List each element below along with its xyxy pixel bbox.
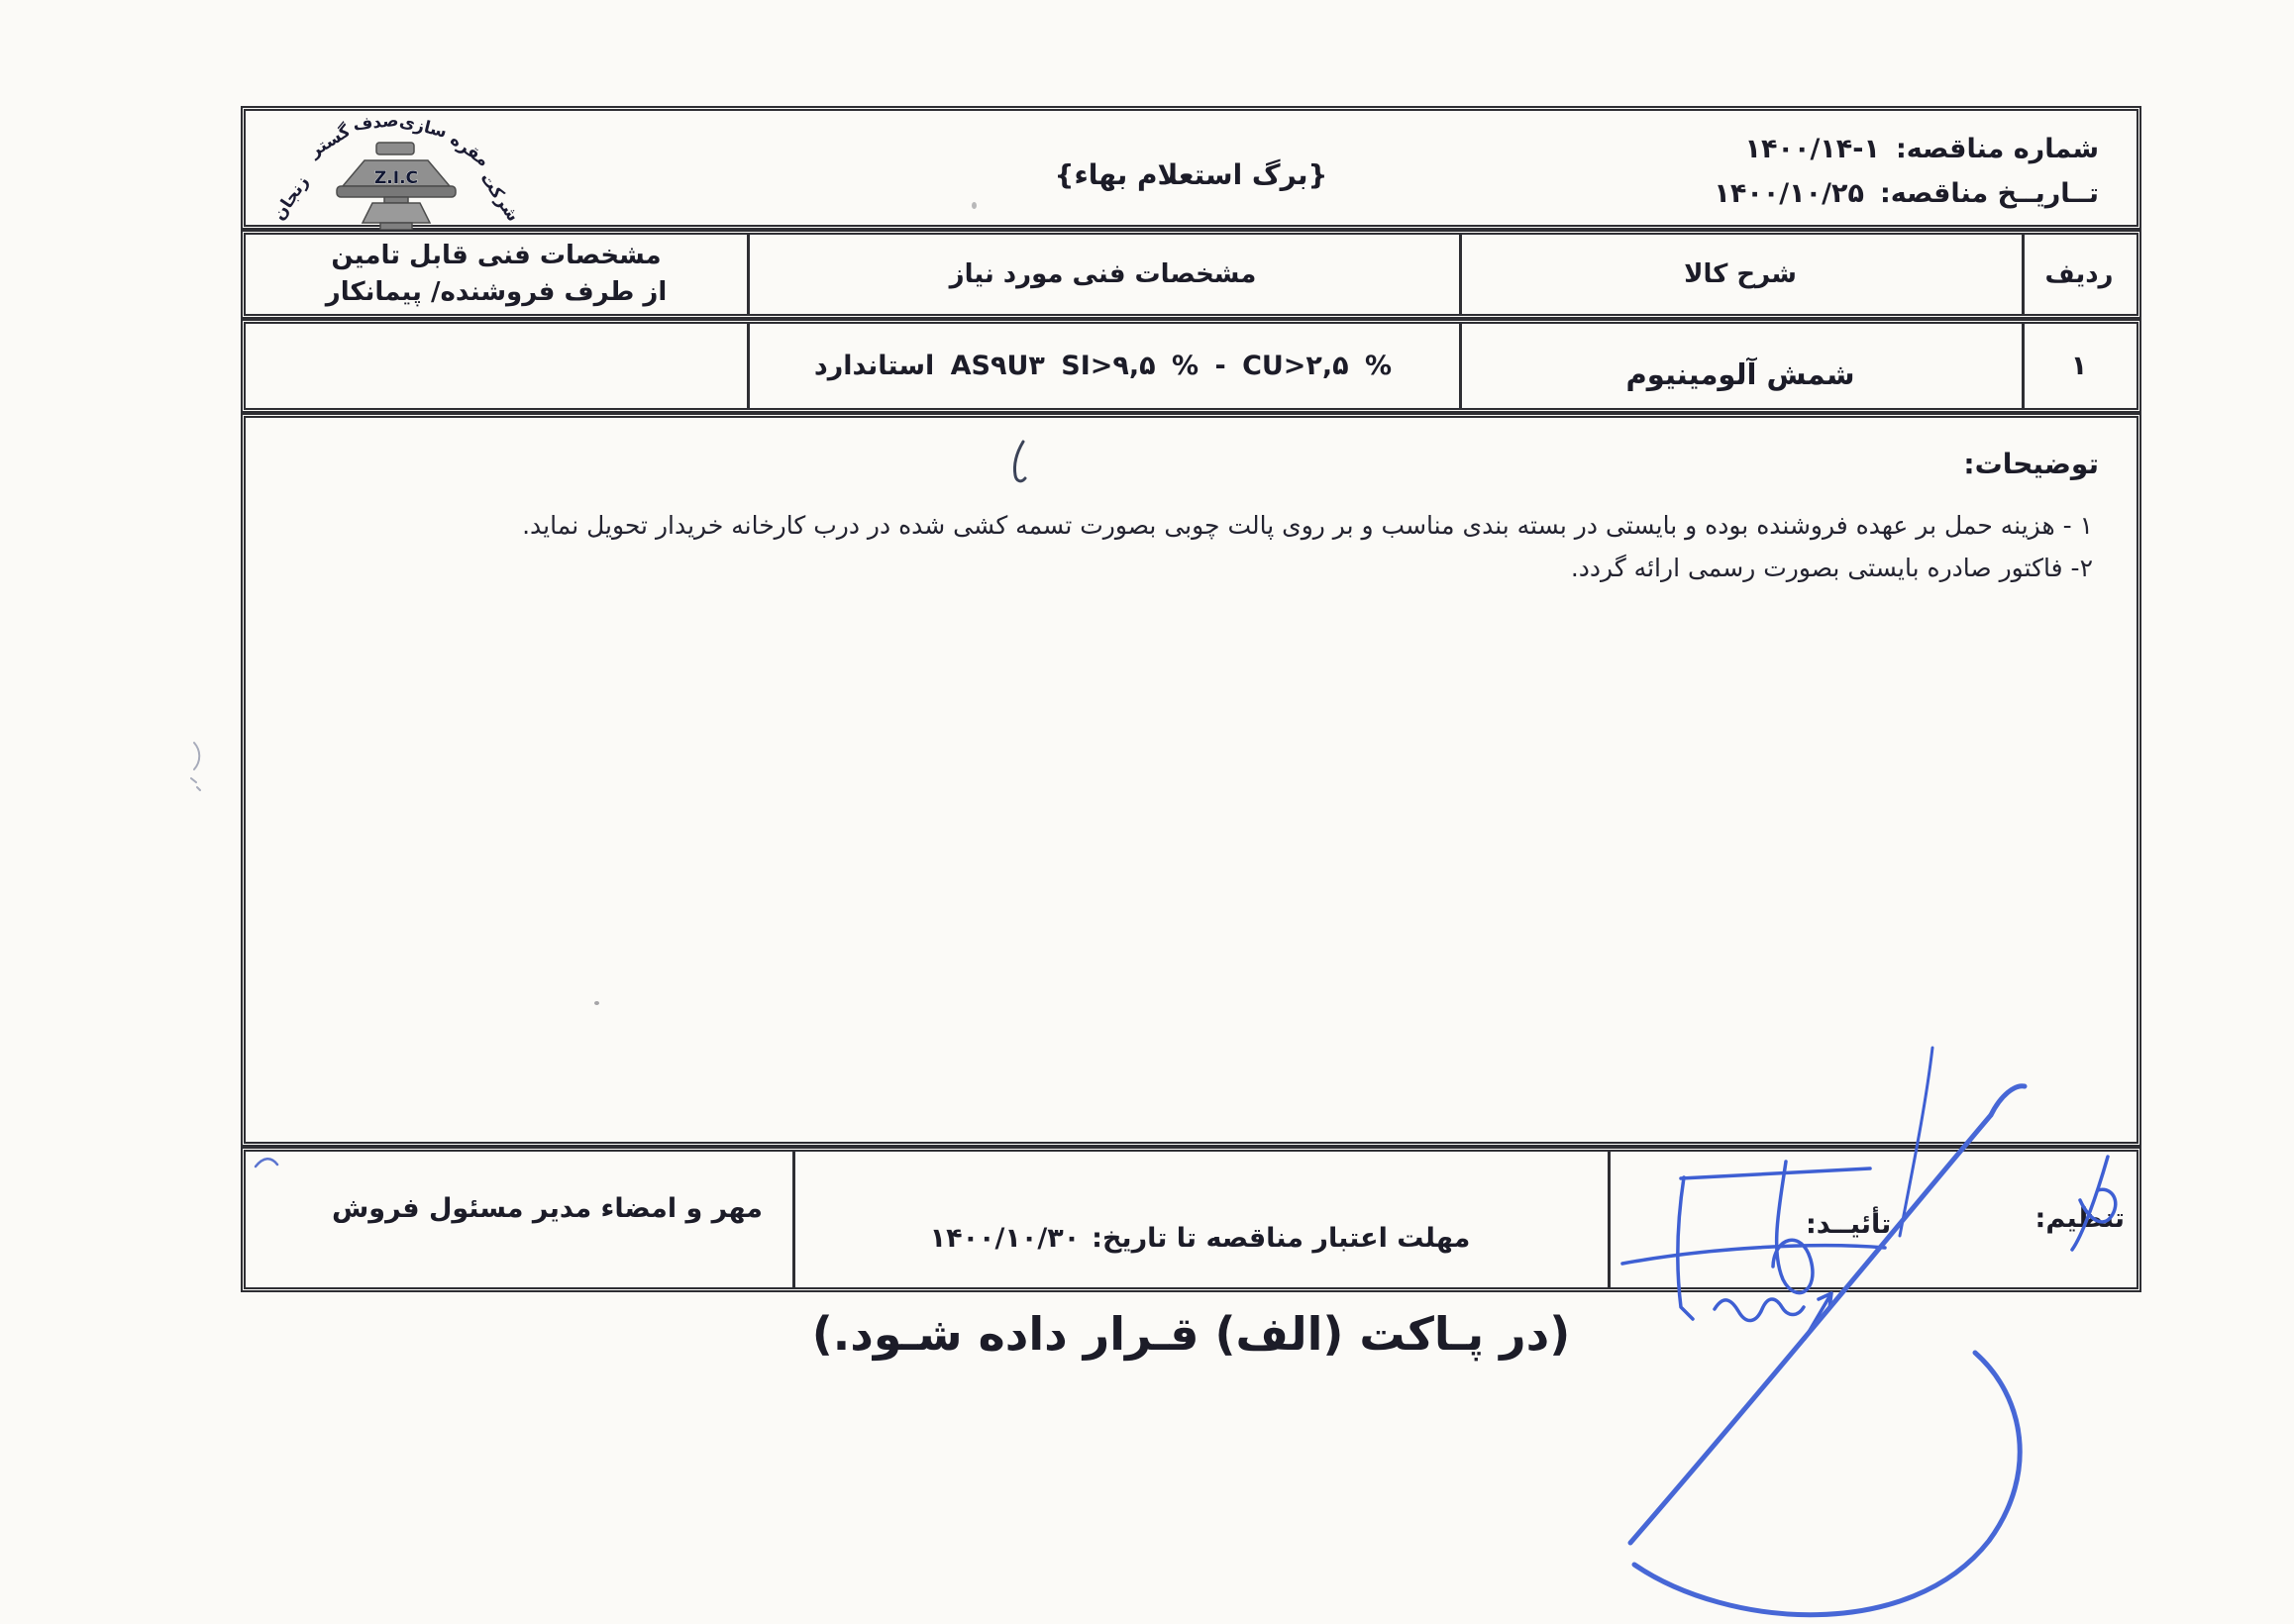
cell-required-specs: استاندارد AS۹U۳ SI>۹,۵ % - CU>۲,۵ %: [747, 324, 1459, 424]
prepared-label: تنظیم:: [2035, 1203, 2125, 1234]
company-name-word: مقره: [447, 130, 493, 171]
insulator-icon: شرکت مقره سازی صدف گستر زنجان Z.I.C: [267, 113, 523, 230]
cell-item-description-value: شمش آلومینیوم: [1626, 357, 1855, 391]
company-logo: شرکت مقره سازی صدف گستر زنجان Z.I.C: [267, 113, 523, 230]
validity-line: مهلت اعتبار مناقصه تا تاریخ:۱۴۰۰/۱۰/۳۰: [792, 1223, 1608, 1254]
footer-row: مهر و امضاء مدیر مسئول فروش مهلت اعتبار …: [241, 1147, 2141, 1292]
company-name-word: گستر: [305, 121, 355, 162]
cell-row-number-value: ۱: [2071, 351, 2087, 381]
note-item: ۲- فاکتور صادره بایستی بصورت رسمی ارائه …: [1571, 554, 2093, 582]
cell-supplier-specs: [246, 324, 747, 408]
cell-required-specs-value: استاندارد AS۹U۳ SI>۹,۵ % - CU>۲,۵ %: [814, 351, 1392, 381]
cell-item-description: شمش آلومینیوم: [1459, 324, 2022, 408]
col-header-row-number-label: ردیف: [2044, 256, 2113, 293]
approved-label: تأئیــد:: [1806, 1209, 1891, 1240]
logo-monogram: Z.I.C: [374, 168, 418, 188]
margin-artifact: [191, 743, 200, 790]
col-header-required-specs-label: مشخصات فنی مورد نیاز: [950, 256, 1257, 293]
validity-cell: مهلت اعتبار مناقصه تا تاریخ:۱۴۰۰/۱۰/۳۰: [792, 1152, 1608, 1287]
header-box: شرکت مقره سازی صدف گستر زنجان Z.I.C: [241, 106, 2141, 230]
form-title: {برگ استعلام بهاء}: [1055, 158, 1328, 191]
stamp-cell-text: مهر و امضاء مدیر مسئول فروش: [332, 1193, 763, 1224]
tender-number-value: ۱-۱۴۰۰/۱۴: [1745, 134, 1880, 164]
company-name-word: شرکت: [475, 169, 522, 226]
signatures-cell: تأئیــد: تنظیم:: [1608, 1152, 2137, 1287]
item-row: استاندارد AS۹U۳ SI>۹,۵ % - CU>۲,۵ % شمش …: [241, 319, 2141, 413]
col-header-required-specs: مشخصات فنی مورد نیاز: [747, 235, 1459, 314]
col-header-row-number: ردیف: [2022, 235, 2137, 314]
notes-section: توضیحات: ۱ - هزینه حمل بر عهده فروشنده ب…: [241, 413, 2141, 1147]
scan-speck: [972, 202, 977, 209]
notes-heading: توضیحات:: [1963, 448, 2099, 480]
scanned-inquiry-form: شرکت مقره سازی صدف گستر زنجان Z.I.C: [0, 0, 2294, 1624]
company-name-word: سازی: [397, 113, 449, 143]
tender-date-line: تــاریــخ مناقصه:۱۴۰۰/۱۰/۲۵: [1714, 171, 2099, 216]
company-name-word: زنجان: [269, 172, 313, 224]
validity-label: مهلت اعتبار مناقصه تا تاریخ:: [1092, 1223, 1470, 1254]
tender-number-label: شماره مناقصه:: [1896, 134, 2099, 164]
col-header-item-description: شرح کالا: [1459, 235, 2022, 314]
tender-date-label: تــاریــخ مناقصه:: [1880, 178, 2099, 209]
stamp-cell: مهر و امضاء مدیر مسئول فروش: [246, 1152, 792, 1287]
cell-row-number: ۱: [2022, 324, 2137, 408]
header-meta: شماره مناقصه:۱-۱۴۰۰/۱۴ تــاریــخ مناقصه:…: [1714, 127, 2099, 216]
tender-date-value: ۱۴۰۰/۱۰/۲۵: [1714, 178, 1864, 209]
tender-number-line: شماره مناقصه:۱-۱۴۰۰/۱۴: [1714, 127, 2099, 171]
items-table-header-row: مشخصات فنی قابل تامین از طرف فروشنده/ پی…: [241, 230, 2141, 319]
col-header-supplier-specs-line1: مشخصات فنی قابل تامین: [331, 238, 661, 274]
scan-speck: [594, 1001, 599, 1005]
validity-date: ۱۴۰۰/۱۰/۳۰: [930, 1223, 1081, 1254]
col-header-supplier-specs-line2: از طرف فروشنده/ پیمانکار: [326, 274, 668, 311]
col-header-item-description-label: شرح کالا: [1684, 256, 1797, 293]
envelope-instruction: (در پـاکت (الف) قـرار داده شـود.): [241, 1307, 2141, 1361]
note-item: ۱ - هزینه حمل بر عهده فروشنده بوده و بای…: [522, 511, 2093, 540]
col-header-supplier-specs: مشخصات فنی قابل تامین از طرف فروشنده/ پی…: [246, 235, 747, 314]
company-name-word: صدف: [353, 113, 400, 135]
